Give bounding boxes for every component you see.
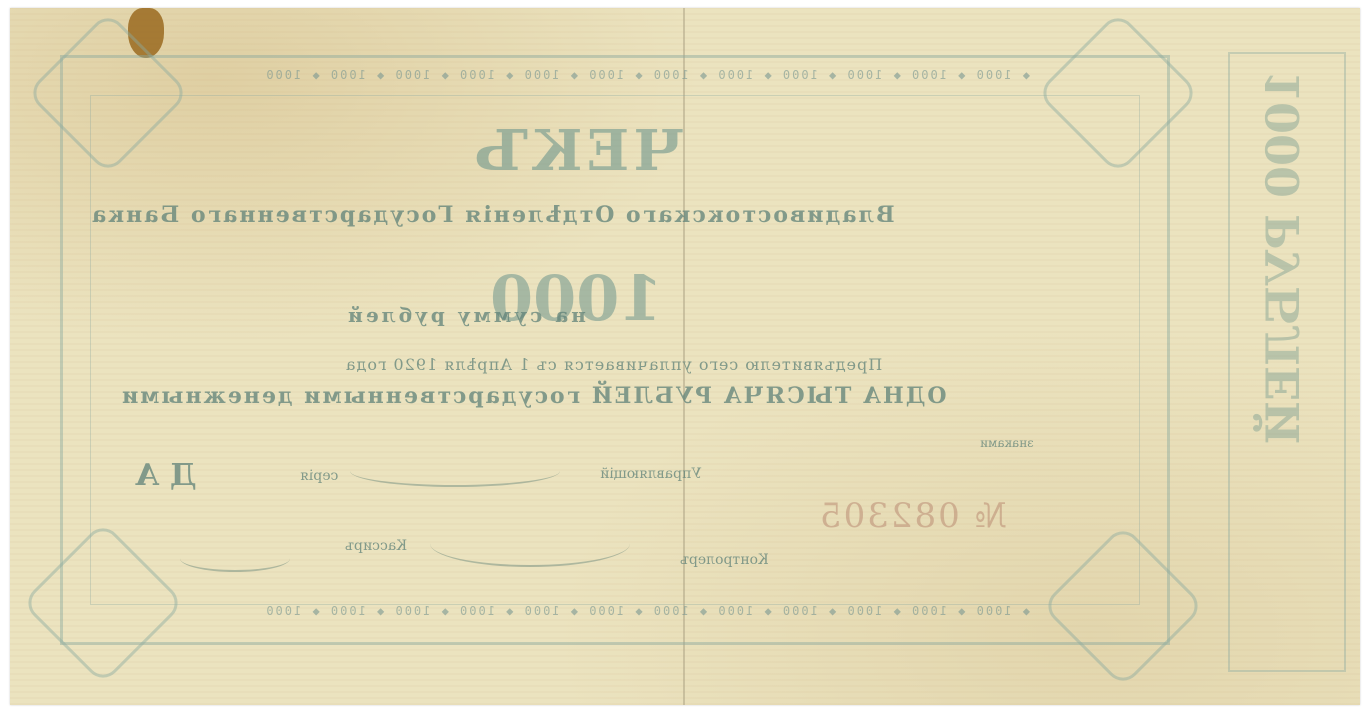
serial-number: № 082305 bbox=[818, 496, 1007, 536]
sum-line: на сумму рублей bbox=[345, 303, 586, 327]
note-title: ЧЕКЪ bbox=[470, 118, 684, 184]
signature-controller bbox=[430, 520, 630, 567]
text-line-2: ОДНА ТЫСЯЧА РУБЛЕЙ государственными дене… bbox=[120, 383, 946, 409]
signature-cashier bbox=[180, 545, 290, 572]
signature-manager bbox=[350, 455, 560, 487]
side-label: 1000 РУБЛЕЙ bbox=[1256, 70, 1316, 630]
top-border-strip: ◆ 1000 ◆ 1000 ◆ 1000 ◆ 1000 ◆ 1000 ◆ 100… bbox=[180, 68, 1030, 82]
text-line-1: Предъявителю сего уплачивается съ 1 Апрѣ… bbox=[345, 355, 882, 374]
series-value: Д А bbox=[135, 458, 197, 493]
bank-name: Владивостокскаго Отдѣленія Государственн… bbox=[90, 202, 895, 228]
manager-label: Управляющій bbox=[600, 466, 701, 482]
series-label: серія bbox=[300, 468, 338, 484]
text-line-3: знаками bbox=[980, 436, 1034, 450]
cashier-label: Кассиръ bbox=[345, 538, 407, 554]
bottom-border-strip: ◆ 1000 ◆ 1000 ◆ 1000 ◆ 1000 ◆ 1000 ◆ 100… bbox=[180, 604, 1030, 618]
controller-label: Контролеръ bbox=[680, 552, 769, 568]
